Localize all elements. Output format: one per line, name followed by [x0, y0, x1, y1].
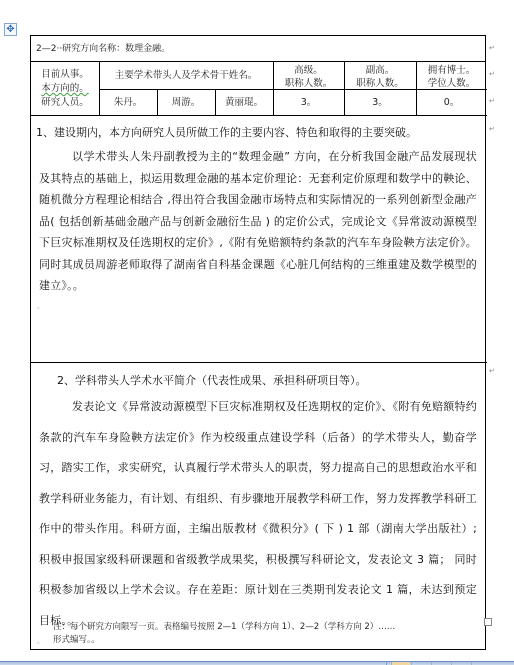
phd-count: 0。	[416, 90, 487, 115]
senior-title-count: 3。	[273, 90, 344, 115]
member-name: 周游。	[157, 90, 215, 115]
associate-senior-header: 副高。 职称人数。	[344, 62, 416, 89]
row-end-mark: ↵	[489, 125, 495, 133]
section-paragraph: 以学术带头人朱丹副教授为主的“数理金融” 方向，在分析我国金融产品发展现状及其特…	[39, 146, 477, 297]
table-move-handle-icon[interactable]: ✥	[4, 23, 17, 36]
row-end-mark: ↵	[489, 97, 495, 105]
header-line: 高级。	[273, 64, 344, 77]
view-buttons[interactable]	[386, 661, 514, 665]
staff-label-line: 研究人员。	[31, 96, 99, 110]
table-title-row: 2—2··研究方向名称：数理金融。	[31, 36, 485, 62]
row-end-mark: ↵	[489, 70, 495, 78]
member-name: 黄丽琨。	[215, 90, 273, 115]
section-main-work[interactable]: 1、建设期内，本方向研究人员所做工作的主要内容、特色和取得的主要突破。 以学术带…	[31, 116, 485, 362]
footnote-line: 形式编写。。	[53, 634, 395, 647]
phd-count-header: 拥有博士。 学位人数。	[416, 62, 487, 89]
paragraph-mark: 。	[37, 301, 485, 311]
table-resize-handle[interactable]	[484, 618, 492, 626]
associate-senior-count: 3。	[344, 90, 416, 115]
header-line: 拥有博士。	[416, 64, 487, 77]
header-line: 副高。	[344, 64, 416, 77]
footnote: 注：每个研究方向限写一页。表格编号按照 2—1（学科方向 1）、2—2（学科方向…	[53, 621, 395, 647]
header-line: 学位人数。	[416, 77, 487, 90]
section-heading: 1、建设期内，本方向研究人员所做工作的主要内容、特色和取得的主要突破。	[36, 124, 485, 140]
staff-label-cell: 目前从事。 本方向的。 研究人员。	[31, 62, 99, 116]
member-name: 朱丹。	[99, 90, 157, 115]
header-line: 职称人数。	[344, 77, 416, 90]
senior-title-header: 高级。 职称人数。	[273, 62, 344, 89]
members-header: 主要学术带头人及学术骨干姓名。	[99, 62, 273, 89]
header-line: 职称人数。	[273, 77, 344, 90]
section-leader-profile[interactable]: 2、学科带头人学术水平简介（代表性成果、承担科研项目等）。 发表论文《异常波动源…	[31, 363, 485, 651]
row-end-mark: ↵	[489, 44, 495, 52]
row-end-mark: ↵	[489, 367, 495, 375]
section-heading: 2、学科带头人学术水平简介（代表性成果、承担科研项目等）。	[57, 372, 485, 388]
section-paragraph: 发表论文《异常波动源模型下巨灾标准期权及任选期权的定价》、《附有免赔额特约条款的…	[39, 392, 477, 636]
staff-label-line: 本方向的。	[31, 82, 99, 96]
footnote-line: 注：每个研究方向限写一页。表格编号按照 2—1（学科方向 1）、2—2（学科方向…	[53, 621, 395, 634]
staff-label-line: 目前从事。	[31, 68, 99, 82]
research-direction-table: 2—2··研究方向名称：数理金融。 目前从事。 本方向的。 研究人员。 主要学术…	[30, 35, 486, 650]
